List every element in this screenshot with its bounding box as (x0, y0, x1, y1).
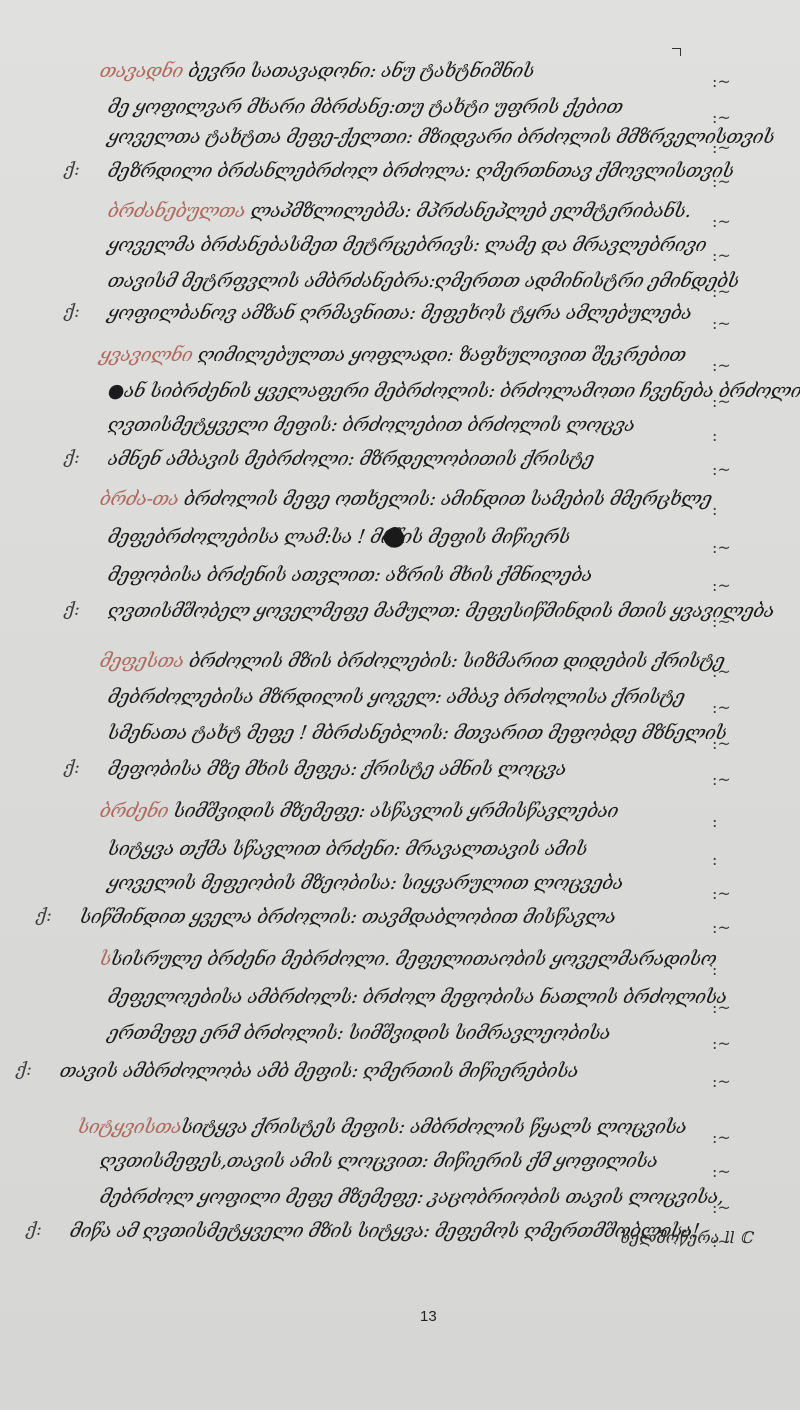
line-text: ბრძოლის მეფე ოთხელის: ამინდით სამების მმ… (177, 488, 713, 510)
manuscript-line: ღვთისმშობელ ყოველმეფე მამულთ: მეფესიწმინ… (106, 600, 775, 622)
line-text: მეფებრძოლებისა ლამ:სა ! მიწის მეფის მიწი… (106, 526, 571, 548)
right-margin-tick: :~ (712, 392, 731, 411)
corner-mark (672, 48, 680, 49)
line-text: სიწმინდით ყველა ბრძოლის: თავმდაბლობით მი… (78, 906, 617, 928)
right-margin-tick: :~ (712, 72, 731, 91)
manuscript-line: ღვთისმეტყველი მეფის: ბრძოლებით ბრძოლის ლ… (106, 414, 636, 436)
manuscript-line: მეფობისა ბრძენის ათვლით: აზრის მხის ქმნი… (106, 564, 593, 586)
right-margin-tick: :~ (712, 538, 731, 557)
rubric-initial: ბრძენი (98, 800, 169, 822)
manuscript-page: თავადნი ბევრი სათავადონი: ანუ ტახტნიშნის… (0, 0, 800, 1410)
right-margin-tick: : (712, 500, 717, 519)
right-margin-tick: :~ (712, 662, 731, 681)
manuscript-line: სიტყვა თქმა სწავლით ბრძენი: მრავალთავის … (106, 838, 588, 860)
manuscript-line: ბრძენი სიმშვიდის მზემეფე: ასწავლის ყრმის… (98, 800, 619, 822)
manuscript-line: ყვავილნი ღიმილებულთა ყოფლადი: ზაფხულივით… (98, 344, 687, 366)
line-text: თავისმ მეტრფვლის ამბრძანებრა:ღმერთთ ადმი… (106, 270, 740, 292)
line-text: ბევრი სათავადონი: ანუ ტახტნიშნის (181, 60, 535, 82)
line-text: სისრულე ბრძენი მებრძოლი. მეფელითაობის ყო… (110, 948, 718, 970)
right-margin-tick: :~ (712, 460, 731, 479)
signature: ხელმოწერა ll ℂ (620, 1228, 753, 1247)
rubric-initial: მეფესთა (98, 650, 185, 672)
manuscript-line: ბრძანებულთა ლაპმზლილებმა: მპრძანეპლებ ელ… (106, 200, 692, 222)
line-text: ბრძოლის მზის ბრძოლების: სიზმარით დიდების… (182, 650, 726, 672)
line-text: ღვთისმეტყველი მეფის: ბრძოლებით ბრძოლის ლ… (106, 414, 636, 436)
manuscript-line: ●ან სიბრძენის ყველაფერი მებრძოლის: ბრძოლ… (106, 380, 800, 402)
line-text: სიმშვიდის მზემეფე: ასწავლის ყრმისწავლება… (167, 800, 620, 822)
line-text: სიტყვა ქრისტეს მეფის: ამბრძოლის წყალს ლო… (180, 1116, 688, 1138)
manuscript-line: ყოველთა ტახტთა მეფე-ქელთი: მზიდვარი ბრძო… (106, 126, 775, 148)
manuscript-line: ღვთისმეფეს,თავის ამის ლოცვით: მიწიერის ქ… (98, 1150, 659, 1172)
rubric-initial: ბრძა-თა (98, 488, 180, 510)
margin-marker: ქ: (16, 1060, 32, 1080)
margin-marker: ქ: (36, 906, 52, 926)
manuscript-line: სიტყვისთასიტყვა ქრისტეს მეფის: ამბრძოლის… (76, 1116, 688, 1138)
margin-marker: ქ: (64, 302, 80, 322)
rubric-initial: ბრძანებულთა (106, 200, 246, 222)
manuscript-line: მებრძოლებისა მზრდილის ყოველ: ამბავ ბრძოლ… (106, 686, 686, 708)
right-margin-tick: :~ (712, 172, 731, 191)
rubric-initial: თავადნი (98, 60, 184, 82)
right-margin-tick: :~ (712, 998, 731, 1017)
manuscript-line: ყოველის მეფეობის მზეობისა: სიყვარულით ლო… (106, 872, 624, 894)
rubric-initial: ყვავილნი (98, 344, 193, 366)
line-text: ლაპმზლილებმა: მპრძანეპლებ ელმტერიბანს. (244, 200, 693, 222)
line-text: ●ან სიბრძენის ყველაფერი მებრძოლის: ბრძოლ… (106, 380, 800, 402)
line-text: ყოფილბანოვ ამზან ღრმავნითა: მეფეხოს ტყრა… (106, 302, 693, 324)
right-margin-tick: :~ (712, 356, 731, 375)
right-margin-tick: :~ (712, 884, 731, 903)
right-margin-tick: :~ (712, 1198, 731, 1217)
right-margin-tick: : (712, 850, 717, 869)
line-text: ყოველის მეფეობის მზეობისა: სიყვარულით ლო… (106, 872, 624, 894)
rubric-initial: სიტყვისთა (76, 1116, 182, 1138)
right-margin-tick: :~ (712, 1072, 731, 1091)
line-text: ყოველმა ბრძანებასმეთ მეტრცებრივს: ლამე დ… (106, 234, 707, 256)
right-margin-tick: :~ (712, 246, 731, 265)
right-margin-tick: : (712, 960, 717, 979)
manuscript-line: თავისმ მეტრფვლის ამბრძანებრა:ღმერთთ ადმი… (106, 270, 740, 292)
right-margin-tick: : (712, 426, 717, 445)
margin-marker: ქ: (64, 160, 80, 180)
line-text: მებრძოლ ყოფილი მეფე მზემეფე: კაცობრიობის… (98, 1186, 725, 1208)
right-margin-tick: :~ (712, 314, 731, 333)
manuscript-line: სსისრულე ბრძენი მებრძოლი. მეფელითაობის ყ… (98, 948, 717, 970)
line-text: ღიმილებულთა ყოფლადი: ზაფხულივით შეკრებით (191, 344, 687, 366)
line-text: ყოველთა ტახტთა მეფე-ქელთი: მზიდვარი ბრძო… (106, 126, 775, 148)
manuscript-line: თავის ამბრძოლობა ამბ მეფის: ღმერთის მიწი… (58, 1060, 579, 1082)
right-margin-tick: :~ (712, 1128, 731, 1147)
right-margin-tick: : (712, 812, 717, 831)
margin-marker: ქ: (64, 758, 80, 778)
right-margin-tick: :~ (712, 1162, 731, 1181)
line-text: მეფობისა ბრძენის ათვლით: აზრის მხის ქმნი… (106, 564, 593, 586)
line-text: ღვთისმშობელ ყოველმეფე მამულთ: მეფესიწმინ… (106, 600, 775, 622)
manuscript-line: მეფესთა ბრძოლის მზის ბრძოლების: სიზმარით… (98, 650, 726, 672)
manuscript-line: სმენათა ტახტ მეფე ! მბრძანებლის: მთვარით… (106, 722, 728, 744)
manuscript-line: მე ყოფილვარ მხარი მბრძანე:თუ ტახტი უფრის… (106, 96, 624, 118)
line-text: მე ყოფილვარ მხარი მბრძანე:თუ ტახტი უფრის… (106, 96, 624, 118)
line-text: მებრძოლებისა მზრდილის ყოველ: ამბავ ბრძოლ… (106, 686, 686, 708)
margin-marker: ქ: (26, 1220, 42, 1240)
right-margin-tick: :~ (712, 698, 731, 717)
manuscript-line: მეფებრძოლებისა ლამ:სა ! მიწის მეფის მიწი… (106, 526, 571, 548)
line-text: მეფელოებისა ამბრძოლს: ბრძოლ მეფობისა ნათ… (106, 986, 728, 1008)
right-margin-tick: :~ (712, 770, 731, 789)
line-text: თავის ამბრძოლობა ამბ მეფის: ღმერთის მიწი… (58, 1060, 579, 1082)
right-margin-tick: :~ (712, 918, 731, 937)
right-margin-tick: :~ (712, 212, 731, 231)
line-text: მეფობისა მზე მხის მეფეა: ქრისტე ამნის ლო… (106, 758, 567, 780)
manuscript-line: ყოველმა ბრძანებასმეთ მეტრცებრივს: ლამე დ… (106, 234, 707, 256)
right-margin-tick: :~ (712, 1034, 731, 1053)
corner-mark (680, 48, 681, 56)
right-margin-tick: :~ (712, 138, 731, 157)
manuscript-line: ერთმეფე ერმ ბრძოლის: სიმშვიდის სიმრავლეო… (106, 1022, 611, 1044)
manuscript-line: მეფობისა მზე მხის მეფეა: ქრისტე ამნის ლო… (106, 758, 567, 780)
line-text: ღვთისმეფეს,თავის ამის ლოცვით: მიწიერის ქ… (98, 1150, 659, 1172)
line-text: ერთმეფე ერმ ბრძოლის: სიმშვიდის სიმრავლეო… (106, 1022, 611, 1044)
manuscript-line: მეფელოებისა ამბრძოლს: ბრძოლ მეფობისა ნათ… (106, 986, 728, 1008)
margin-marker: ქ: (64, 448, 80, 468)
manuscript-line: ბრძა-თა ბრძოლის მეფე ოთხელის: ამინდით სა… (98, 488, 713, 510)
line-text: ამნენ ამბავის მებრძოლი: მზრდელობითის ქრი… (106, 448, 595, 470)
page-number: 13 (420, 1308, 437, 1325)
manuscript-line: მებრძოლ ყოფილი მეფე მზემეფე: კაცობრიობის… (98, 1186, 725, 1208)
line-text: მიწა ამ ღვთისმეტყველი მზის სიტყვა: მეფემ… (68, 1220, 700, 1242)
line-text: მეზრდილი ბრძანლებრძოლ ბრძოლა: ღმერთნთავ … (106, 160, 735, 182)
manuscript-line: მიწა ამ ღვთისმეტყველი მზის სიტყვა: მეფემ… (68, 1220, 700, 1242)
manuscript-line: ყოფილბანოვ ამზან ღრმავნითა: მეფეხოს ტყრა… (106, 302, 693, 324)
right-margin-tick: :~ (712, 282, 731, 301)
manuscript-line: სიწმინდით ყველა ბრძოლის: თავმდაბლობით მი… (78, 906, 617, 928)
right-margin-tick: :~ (712, 576, 731, 595)
line-text: სმენათა ტახტ მეფე ! მბრძანებლის: მთვარით… (106, 722, 728, 744)
right-margin-tick: :~ (712, 108, 731, 127)
manuscript-line: ამნენ ამბავის მებრძოლი: მზრდელობითის ქრი… (106, 448, 595, 470)
margin-marker: ქ: (64, 600, 80, 620)
manuscript-line: თავადნი ბევრი სათავადონი: ანუ ტახტნიშნის (98, 60, 535, 82)
manuscript-line: მეზრდილი ბრძანლებრძოლ ბრძოლა: ღმერთნთავ … (106, 160, 735, 182)
right-margin-tick: :~ (712, 612, 731, 631)
line-text: სიტყვა თქმა სწავლით ბრძენი: მრავალთავის … (106, 838, 588, 860)
right-margin-tick: :~ (712, 734, 731, 753)
